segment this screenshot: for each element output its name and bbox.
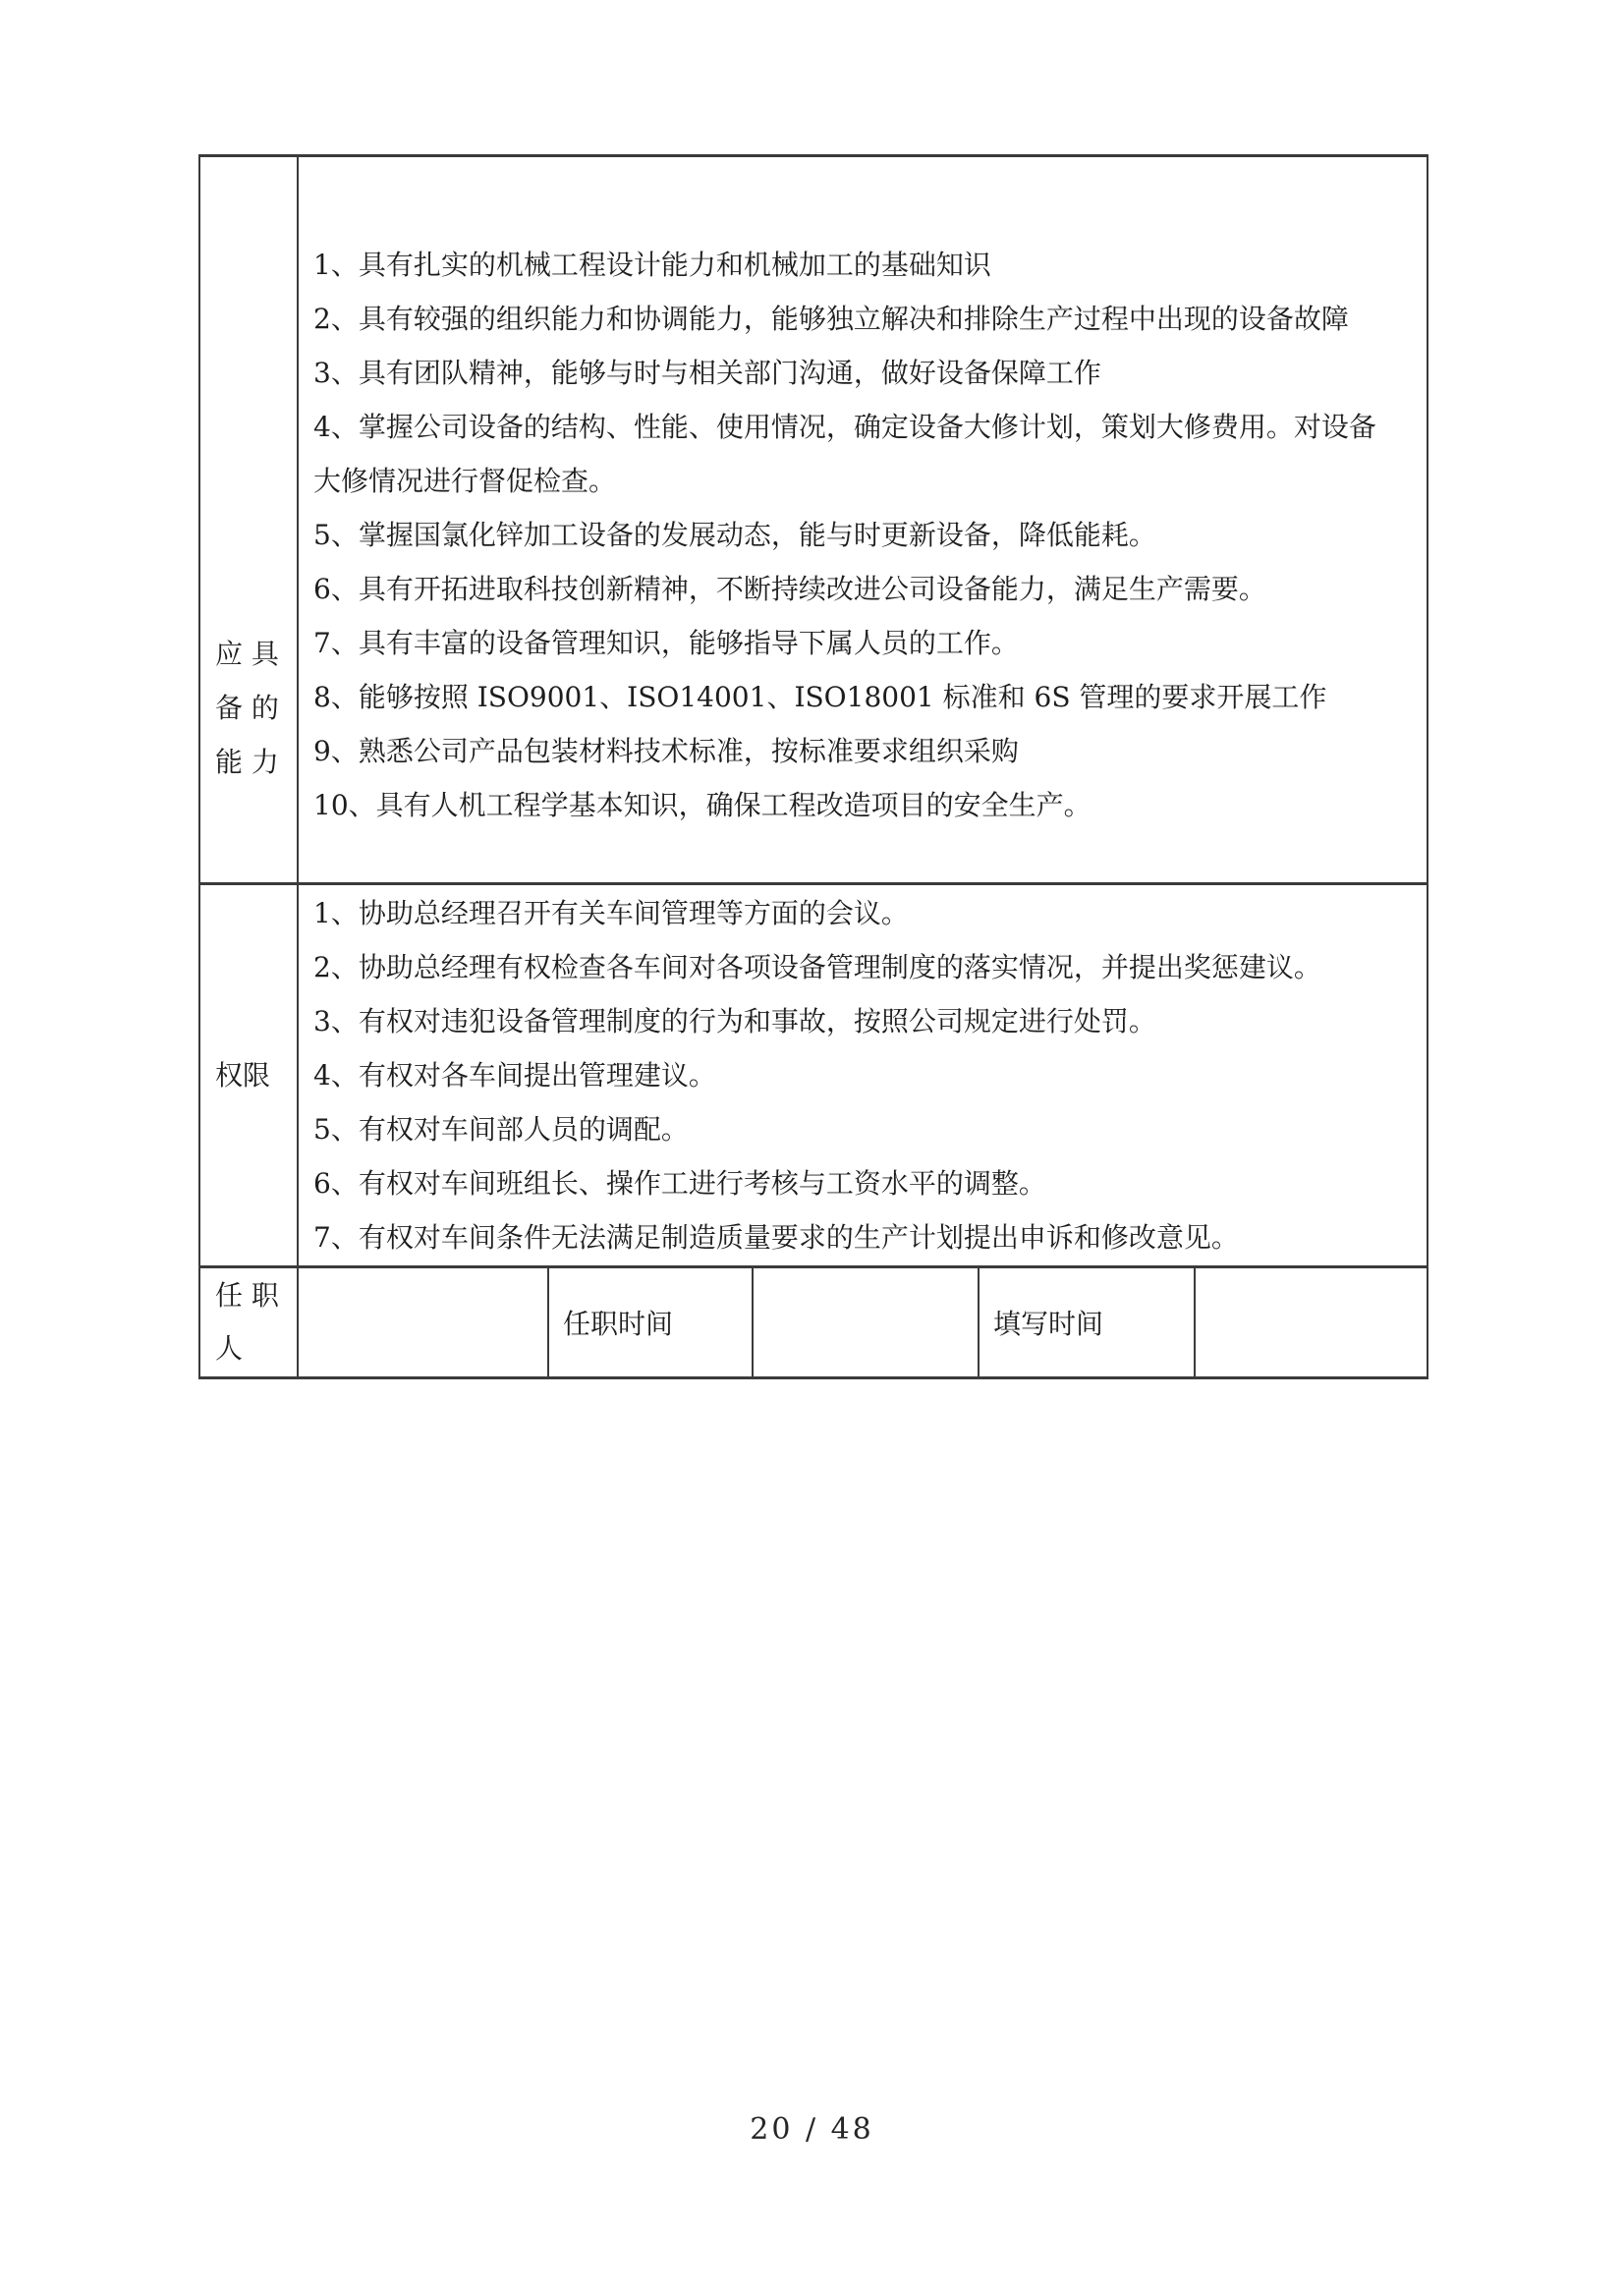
ability-item: 2、具有较强的组织能力和协调能力，能够独立解决和排除生产过程中出现的设备故障 [313, 292, 1413, 346]
ability-item: 3、具有团队精神，能够与时与相关部门沟通，做好设备保障工作 [313, 346, 1413, 400]
fill-time-label-cell: 填写时间 [978, 1268, 1194, 1376]
authority-item: 6、有权对车间班组长、操作工进行考核与工资水平的调整。 [313, 1156, 1413, 1210]
fill-time-value-cell [1194, 1268, 1427, 1376]
authority-item: 3、有权对违犯设备管理制度的行为和事故，按照公司规定进行处罚。 [313, 994, 1413, 1048]
ability-row-header: 应 具备 的能 力 [200, 157, 299, 882]
incumbent-header-line: 任 职 [215, 1269, 282, 1322]
ability-header-line: 能 力 [215, 735, 282, 789]
authority-header-line: 权限 [215, 1048, 282, 1102]
ability-item: 7、具有丰富的设备管理知识，能够指导下属人员的工作。 [313, 616, 1413, 670]
ability-row: 应 具备 的能 力 1、具有扎实的机械工程设计能力和机械加工的基础知识2、具有较… [200, 157, 1427, 882]
authority-item: 7、有权对车间条件无法满足制造质量要求的生产计划提出申诉和修改意见。 [313, 1210, 1413, 1264]
authority-item: 4、有权对各车间提出管理建议。 [313, 1048, 1413, 1102]
page-number: 20 / 48 [0, 2112, 1624, 2147]
fill-time-label: 填写时间 [993, 1303, 1103, 1342]
job-description-table: 应 具备 的能 力 1、具有扎实的机械工程设计能力和机械加工的基础知识2、具有较… [198, 154, 1428, 1379]
ability-header-line: 备 的 [215, 681, 282, 735]
incumbent-row-header: 任 职人 [200, 1268, 299, 1376]
authority-item: 1、协助总经理召开有关车间管理等方面的会议。 [313, 886, 1413, 940]
authority-row-header: 权限 [200, 885, 299, 1265]
ability-item: 4、掌握公司设备的结构、性能、使用情况，确定设备大修计划，策划大修费用。对设备 … [313, 400, 1413, 508]
tenure-time-label: 任职时间 [563, 1303, 673, 1342]
ability-item: 8、能够按照 ISO9001、ISO14001、ISO18001 标准和 6S … [313, 670, 1413, 724]
authority-items-cell: 1、协助总经理召开有关车间管理等方面的会议。2、协助总经理有权检查各车间对各项设… [299, 885, 1427, 1265]
ability-item: 10、具有人机工程学基本知识，确保工程改造项目的安全生产。 [313, 778, 1413, 832]
ability-item: 1、具有扎实的机械工程设计能力和机械加工的基础知识 [313, 238, 1413, 292]
tenure-time-value-cell [752, 1268, 978, 1376]
authority-item: 2、协助总经理有权检查各车间对各项设备管理制度的落实情况，并提出奖惩建议。 [313, 940, 1413, 994]
incumbent-name-cell [299, 1268, 547, 1376]
incumbent-row: 任 职人 任职时间 填写时间 [200, 1265, 1427, 1376]
ability-item: 6、具有开拓进取科技创新精神，不断持续改进公司设备能力，满足生产需要。 [313, 562, 1413, 616]
ability-items-cell: 1、具有扎实的机械工程设计能力和机械加工的基础知识2、具有较强的组织能力和协调能… [299, 157, 1427, 882]
authority-row: 权限 1、协助总经理召开有关车间管理等方面的会议。2、协助总经理有权检查各车间对… [200, 882, 1427, 1265]
authority-item: 5、有权对车间部人员的调配。 [313, 1102, 1413, 1156]
tenure-time-label-cell: 任职时间 [547, 1268, 752, 1376]
document-page: 应 具备 的能 力 1、具有扎实的机械工程设计能力和机械加工的基础知识2、具有较… [0, 0, 1624, 2296]
ability-header-line: 应 具 [215, 627, 282, 681]
ability-item: 9、熟悉公司产品包装材料技术标准，按标准要求组织采购 [313, 724, 1413, 778]
incumbent-header-line: 人 [215, 1322, 282, 1375]
ability-item: 5、掌握国氯化锌加工设备的发展动态，能与时更新设备，降低能耗。 [313, 508, 1413, 562]
